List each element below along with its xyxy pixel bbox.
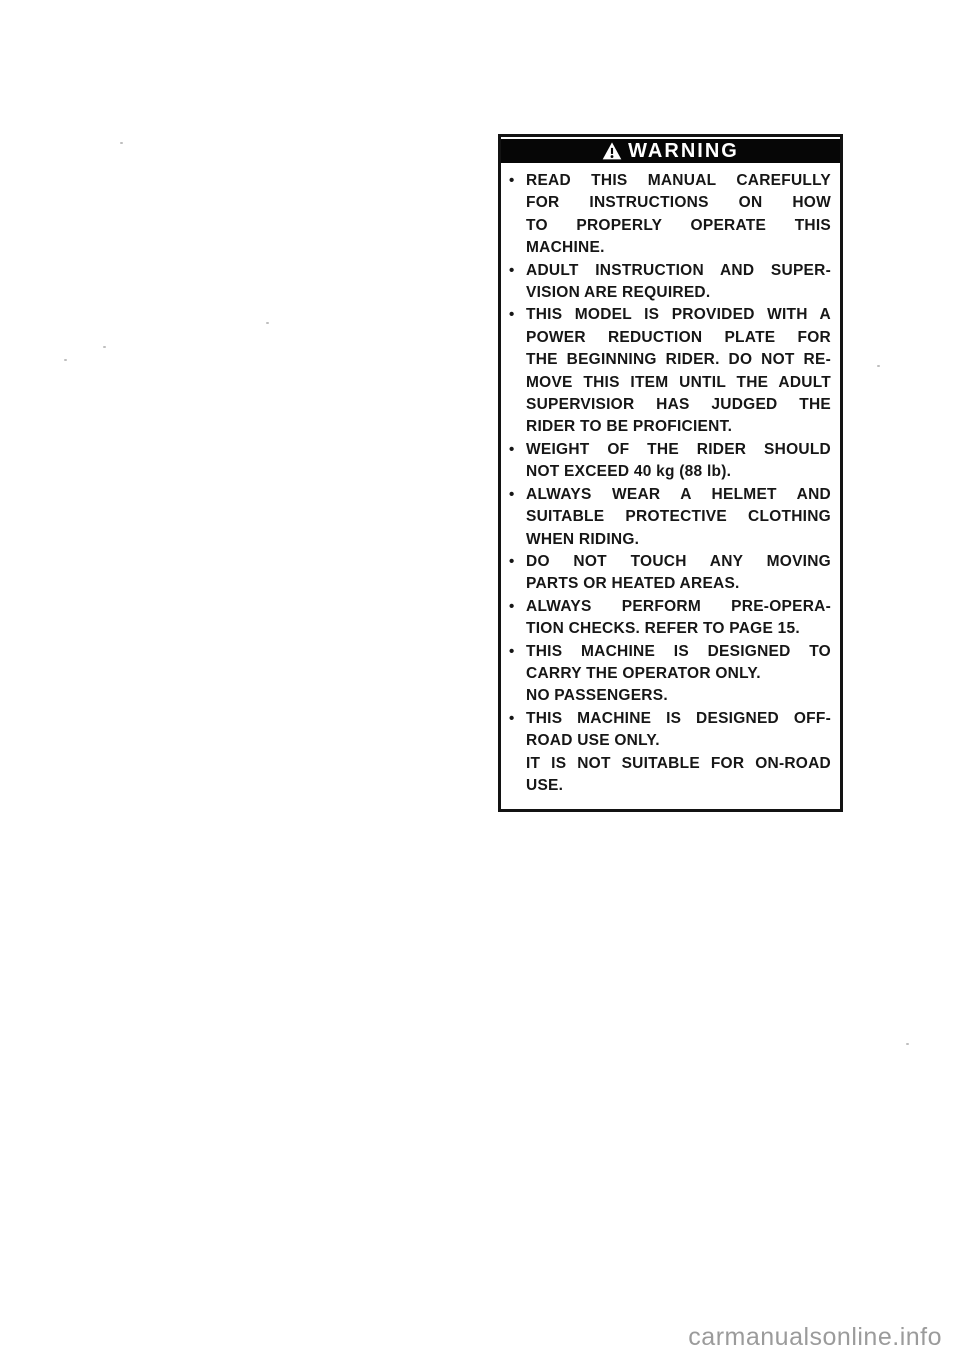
bullet-lines: WEIGHT OF THE RIDER SHOULDNOT EXCEED 40 … xyxy=(526,439,831,484)
bullet-marker: • xyxy=(509,304,526,438)
scan-speck xyxy=(64,359,67,361)
bullet-marker: • xyxy=(509,484,526,551)
warning-header: WARNING xyxy=(501,139,840,163)
warning-line: POWER REDUCTION PLATE FOR xyxy=(526,327,831,349)
bullet-marker: • xyxy=(509,596,526,641)
warning-bullet-item: •ALWAYS PERFORM PRE-OPERA-TION CHECKS. R… xyxy=(509,596,831,641)
warning-line: THIS MACHINE IS DESIGNED TO xyxy=(526,641,831,663)
warning-bullet-item: •WEIGHT OF THE RIDER SHOULDNOT EXCEED 40… xyxy=(509,439,831,484)
warning-bullet-item: •THIS MODEL IS PROVIDED WITH APOWER REDU… xyxy=(509,304,831,438)
scan-speck xyxy=(906,1043,909,1045)
warning-line: THE BEGINNING RIDER. DO NOT RE- xyxy=(526,349,831,371)
warning-line: ADULT INSTRUCTION AND SUPER- xyxy=(526,260,831,282)
bullet-lines: ADULT INSTRUCTION AND SUPER-VISION ARE R… xyxy=(526,260,831,305)
bullet-marker: • xyxy=(509,708,526,798)
warning-body: •READ THIS MANUAL CAREFULLYFOR INSTRUCTI… xyxy=(501,163,840,797)
warning-line: SUITABLE PROTECTIVE CLOTHING xyxy=(526,506,831,528)
warning-line: ALWAYS PERFORM PRE-OPERA- xyxy=(526,596,831,618)
scan-speck xyxy=(120,142,123,144)
bullet-lines: READ THIS MANUAL CAREFULLYFOR INSTRUCTIO… xyxy=(526,170,831,260)
bullet-marker: • xyxy=(509,260,526,305)
warning-bullet-item: •DO NOT TOUCH ANY MOVINGPARTS OR HEATED … xyxy=(509,551,831,596)
scan-speck xyxy=(877,365,880,367)
warning-bullet-item: •ALWAYS WEAR A HELMET ANDSUITABLE PROTEC… xyxy=(509,484,831,551)
warning-line: TO PROPERLY OPERATE THIS xyxy=(526,215,831,237)
bullet-lines: ALWAYS PERFORM PRE-OPERA-TION CHECKS. RE… xyxy=(526,596,831,641)
warning-bullet-item: •ADULT INSTRUCTION AND SUPER-VISION ARE … xyxy=(509,260,831,305)
warning-bullet-item: •THIS MACHINE IS DESIGNED TOCARRY THE OP… xyxy=(509,641,831,708)
warning-line: WHEN RIDING. xyxy=(526,529,831,551)
warning-line: VISION ARE REQUIRED. xyxy=(526,282,831,304)
warning-line: THIS MACHINE IS DESIGNED OFF- xyxy=(526,708,831,730)
warning-line: USE. xyxy=(526,775,831,797)
watermark-text: carmanualsonline.info xyxy=(688,1323,942,1352)
bullet-marker: • xyxy=(509,551,526,596)
warning-triangle-icon xyxy=(602,143,622,160)
warning-line: WEIGHT OF THE RIDER SHOULD xyxy=(526,439,831,461)
warning-line: MACHINE. xyxy=(526,237,831,259)
warning-bullet-item: •READ THIS MANUAL CAREFULLYFOR INSTRUCTI… xyxy=(509,170,831,260)
warning-line: THIS MODEL IS PROVIDED WITH A xyxy=(526,304,831,326)
bullet-lines: THIS MACHINE IS DESIGNED OFF-ROAD USE ON… xyxy=(526,708,831,798)
warning-line: ROAD USE ONLY. xyxy=(526,730,831,752)
warning-line: MOVE THIS ITEM UNTIL THE ADULT xyxy=(526,372,831,394)
bullet-marker: • xyxy=(509,170,526,260)
bullet-lines: ALWAYS WEAR A HELMET ANDSUITABLE PROTECT… xyxy=(526,484,831,551)
warning-line: DO NOT TOUCH ANY MOVING xyxy=(526,551,831,573)
scan-speck xyxy=(103,346,106,348)
warning-line: TION CHECKS. REFER TO PAGE 15. xyxy=(526,618,831,640)
bullet-lines: THIS MACHINE IS DESIGNED TOCARRY THE OPE… xyxy=(526,641,831,708)
warning-line: FOR INSTRUCTIONS ON HOW xyxy=(526,192,831,214)
warning-box: WARNING •READ THIS MANUAL CAREFULLYFOR I… xyxy=(498,134,843,812)
manual-page: WARNING •READ THIS MANUAL CAREFULLYFOR I… xyxy=(0,0,960,1358)
scan-speck xyxy=(266,322,269,324)
warning-line: RIDER TO BE PROFICIENT. xyxy=(526,416,831,438)
warning-line: ALWAYS WEAR A HELMET AND xyxy=(526,484,831,506)
warning-line: CARRY THE OPERATOR ONLY. xyxy=(526,663,831,685)
bullet-marker: • xyxy=(509,641,526,708)
bullet-lines: DO NOT TOUCH ANY MOVINGPARTS OR HEATED A… xyxy=(526,551,831,596)
warning-line: IT IS NOT SUITABLE FOR ON-ROAD xyxy=(526,753,831,775)
warning-line: READ THIS MANUAL CAREFULLY xyxy=(526,170,831,192)
warning-line: SUPERVISIOR HAS JUDGED THE xyxy=(526,394,831,416)
bullet-lines: THIS MODEL IS PROVIDED WITH APOWER REDUC… xyxy=(526,304,831,438)
warning-line: PARTS OR HEATED AREAS. xyxy=(526,573,831,595)
warning-title: WARNING xyxy=(628,139,739,163)
warning-line: NOT EXCEED 40 kg (88 lb). xyxy=(526,461,831,483)
bullet-marker: • xyxy=(509,439,526,484)
warning-line: NO PASSENGERS. xyxy=(526,685,831,707)
warning-bullet-item: •THIS MACHINE IS DESIGNED OFF-ROAD USE O… xyxy=(509,708,831,798)
